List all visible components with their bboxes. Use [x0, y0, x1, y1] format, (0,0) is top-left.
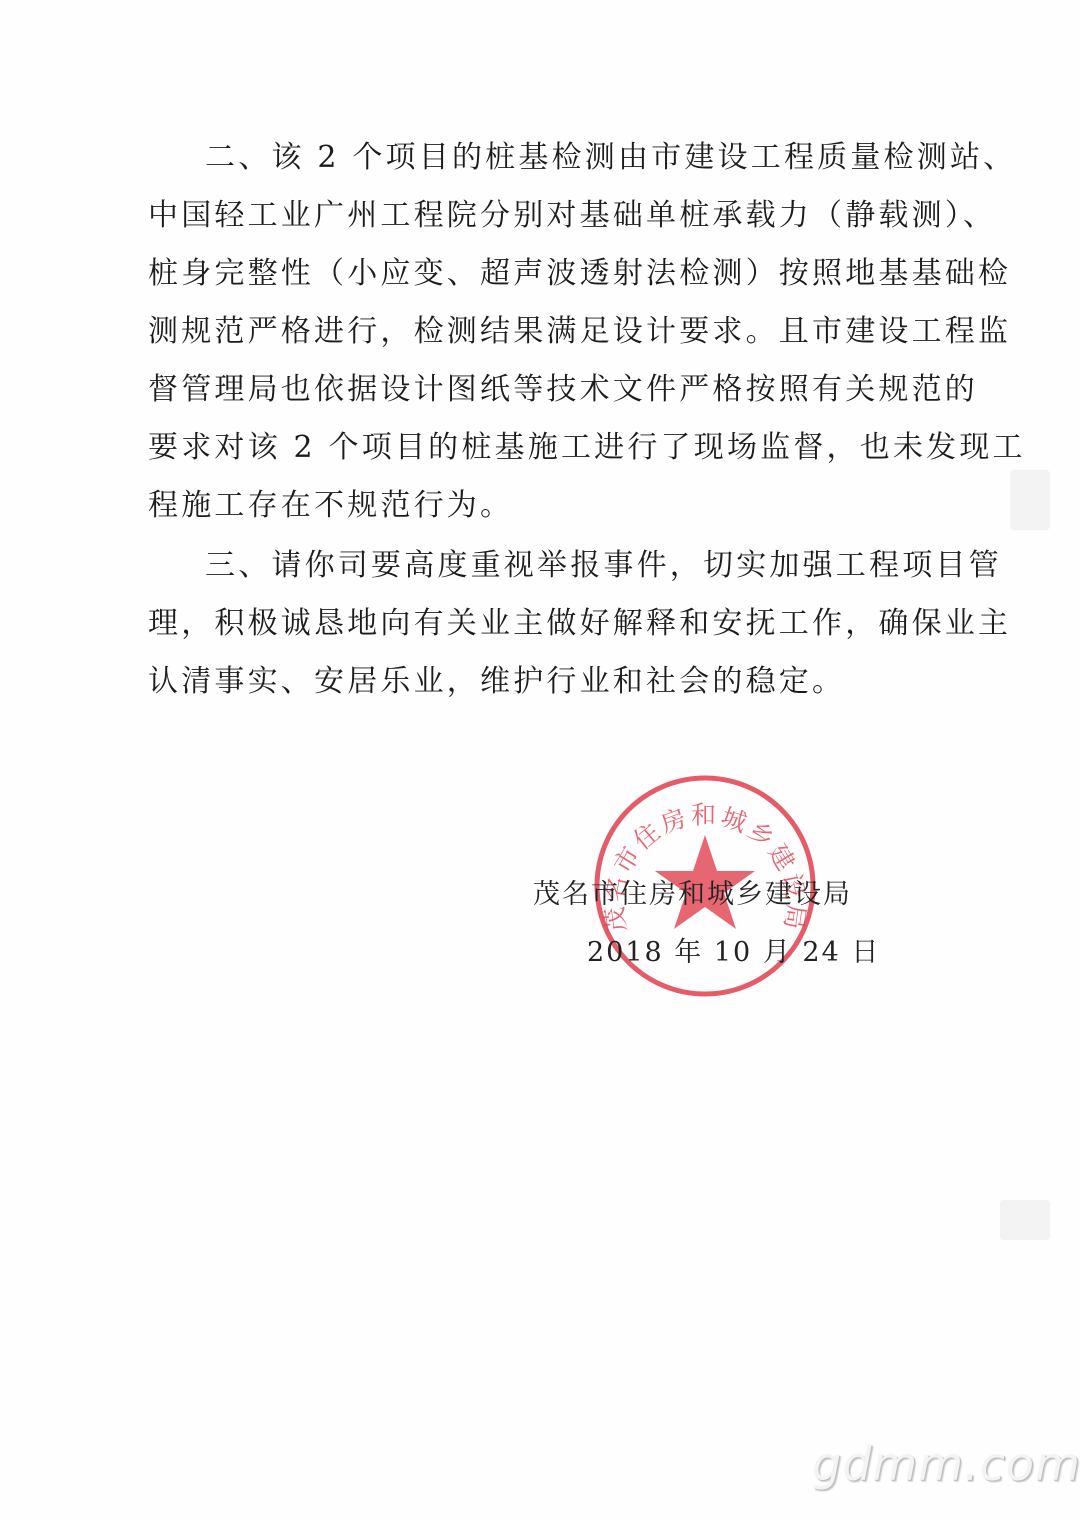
section-2-line: 程施工存在不规范行为。 [148, 488, 908, 524]
signature-organization: 茂名市住房和城乡建设局 [533, 872, 852, 911]
section-2-line: 督管理局也依据设计图纸等技术文件严格按照有关规范的 [148, 372, 908, 408]
section-2-line: 二、该 2 个项目的桩基检测由市建设工程质量检测站、 [205, 140, 965, 176]
site-watermark: gdmm.com [812, 1437, 1080, 1491]
section-3-line: 理，积极诚恳地向有关业主做好解释和安抚工作，确保业主 [148, 606, 908, 642]
section-2-line: 中国轻工业广州工程院分别对基础单桩承载力（静载测）、 [148, 198, 908, 234]
section-3-line: 认清事实、安居乐业，维护行业和社会的稳定。 [148, 664, 908, 700]
scan-smudge [1000, 1200, 1050, 1240]
section-2-line: 要求对该 2 个项目的桩基施工进行了现场监督，也未发现工 [148, 430, 908, 466]
document-page: 二、该 2 个项目的桩基检测由市建设工程质量检测站、 中国轻工业广州工程院分别对… [0, 0, 1080, 1520]
section-2-line: 测规范严格进行，检测结果满足设计要求。且市建设工程监 [148, 314, 908, 350]
section-3-line: 三、请你司要高度重视举报事件，切实加强工程项目管 [205, 548, 965, 584]
section-2-line: 桩身完整性（小应变、超声波透射法检测）按照地基基础检 [148, 256, 908, 292]
signature-date: 2018 年 10 月 24 日 [587, 930, 880, 969]
scan-smudge [1010, 470, 1050, 530]
